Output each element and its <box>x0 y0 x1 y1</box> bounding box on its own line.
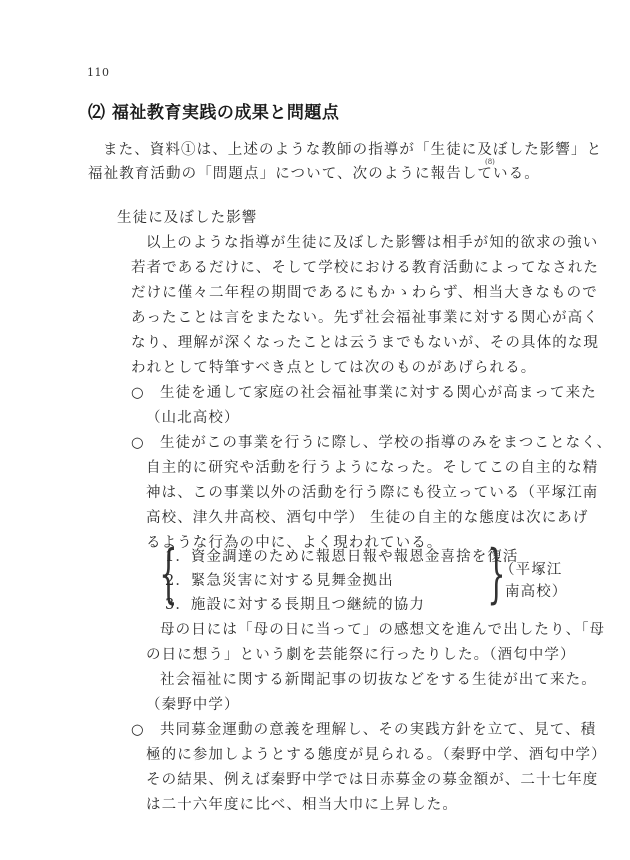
list-item-line: 共同募金運動の意義を理解し、その実践方針を立て、見て、積 <box>160 720 596 740</box>
bullet-circle-icon: ○ <box>131 433 145 453</box>
paragraph-line: われとして特筆すべき点としては次のものがあげられる。 <box>131 358 536 378</box>
list-item-line: 極的に参加しようとする態度が見られる。（秦野中学、酒匂中学） <box>146 745 607 765</box>
list-item-line: その結果、例えば秦野中学では日赤募金の募金額が、二十七年度 <box>146 770 598 790</box>
section-heading: ⑵ 福祉教育実践の成果と問題点 <box>88 98 339 123</box>
paragraph-line: 以上のような指導が生徒に及ぼした影響は相手が知的欲求の強い <box>146 233 598 253</box>
footnote-reference: (8) <box>485 158 495 166</box>
sublist-item: 3．施設に対する長期且つ継続的協力 <box>165 595 425 615</box>
list-item-source: （山北高校） <box>146 408 240 428</box>
paragraph-line: なり、理解が深くなったことは云うまでもないが、その具体的な現 <box>131 333 599 353</box>
list-item-line: 自主的に研究や活動を行うようになった。そしてこの自主的な精 <box>146 458 598 478</box>
bullet-circle-icon: ○ <box>131 383 145 403</box>
continuation-line: の日に想う」という劇を芸能祭に行ったりした。（酒匂中学） <box>146 645 576 665</box>
report-subheading: 生徒に及ぼした影響 <box>117 208 257 228</box>
bullet-circle-icon: ○ <box>131 720 145 740</box>
sublist-source: （平塚江 <box>500 560 562 580</box>
sublist-item: 1．資金調達のために報恩日報や報恩金喜捨を復活 <box>165 547 519 567</box>
sublist-source: 南高校） <box>505 582 567 602</box>
continuation-line: 社会福祉に関する新聞記事の切抜などをする生徒が出て来た。 <box>160 670 597 690</box>
page-number: 110 <box>87 66 110 79</box>
list-item-line: 生徒がこの事業を行うに際し、学校の指導のみをまつことなく、 <box>160 433 612 453</box>
paragraph-line: あったことは言をまたない。先ず社会福祉事業に対する関心が高く <box>131 308 599 328</box>
continuation-source: （秦野中学） <box>146 695 240 715</box>
paragraph-line: 若者であるだけに、そして学校における教育活動によってなされた <box>131 258 599 278</box>
paragraph-line: だけに僅々二年程の期間であるにもかゝわらず、相当大きなもので <box>131 283 598 303</box>
intro-line-1: また、資料①は、上述のような教師の指導が「生徒に及ぼした影響」と <box>103 140 602 160</box>
list-item-line: 生徒を通して家庭の社会福祉事業に対する関心が高まって来た <box>160 383 597 403</box>
intro-line-2: 福祉教育活動の「問題点」について、次のように報告している。 <box>88 164 540 184</box>
list-item-line: 神は、この事業以外の活動を行う際にも役立っている（平塚江南 <box>146 483 598 503</box>
continuation-line: 母の日には「母の日に当って」の感想文を進んで出したり、「母 <box>160 620 605 640</box>
list-item-line: 高校、津久井高校、酒匂中学） 生徒の自主的な態度は次にあげ <box>146 508 589 528</box>
list-item-line: は二十六年度に比べ、相当大巾に上昇した。 <box>146 795 458 815</box>
sublist-item: 2．緊急災害に対する見舞金拠出 <box>165 571 394 591</box>
